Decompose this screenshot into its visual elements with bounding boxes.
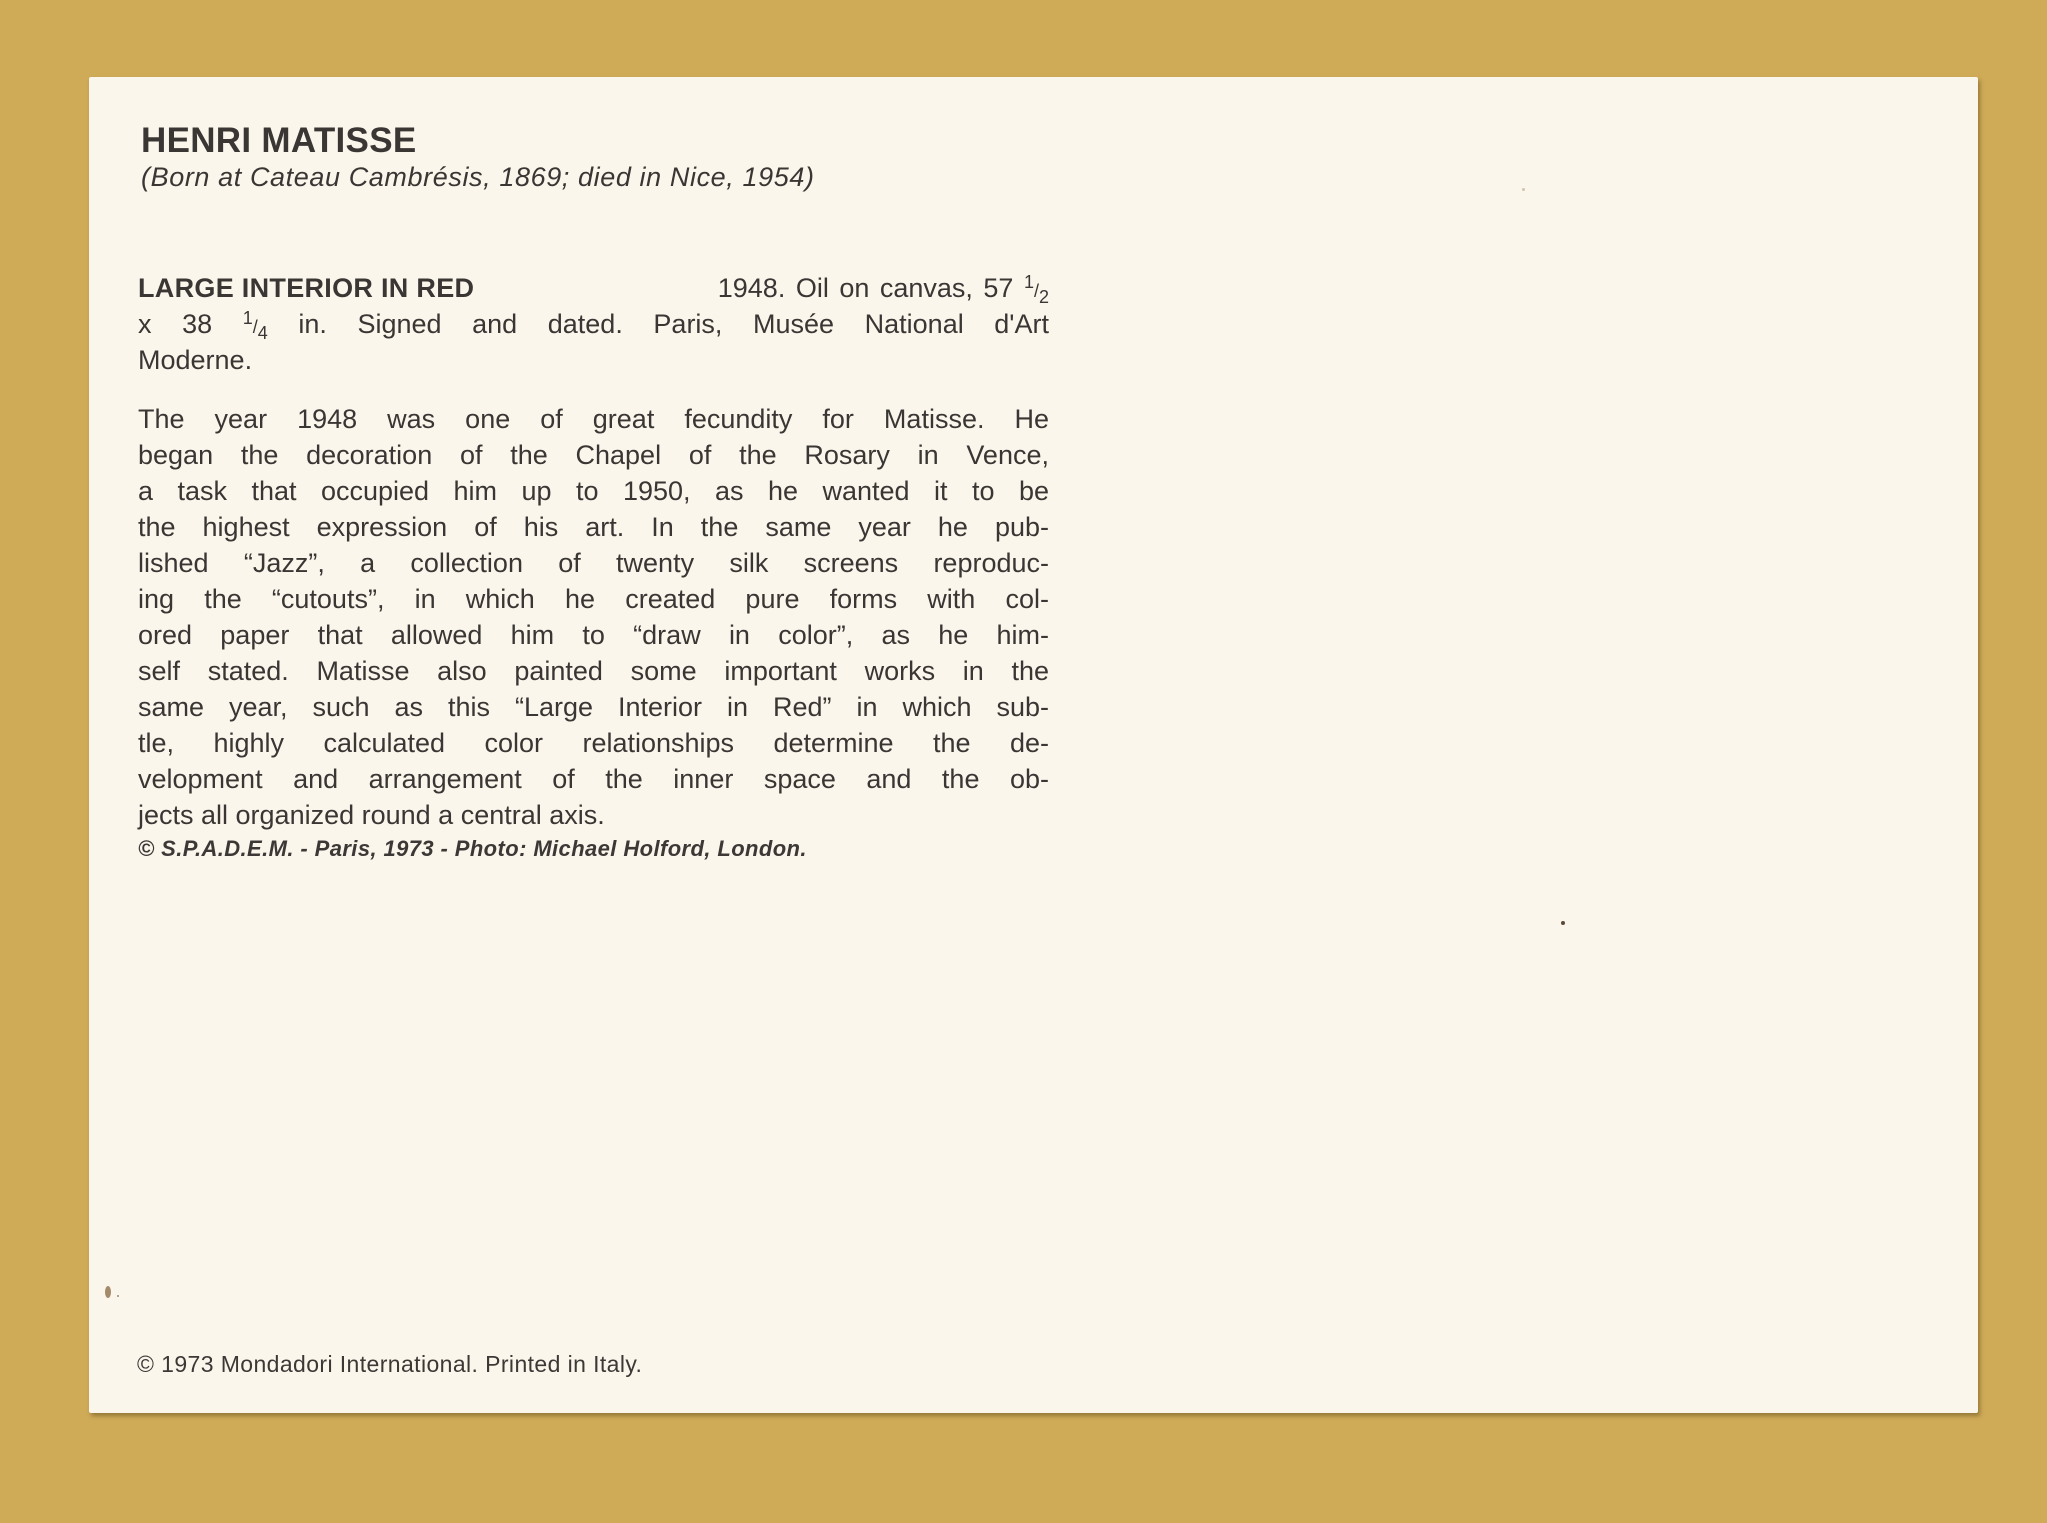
description-line: a task that occupied him up to 1950, as … [138, 473, 1049, 509]
fraction-denominator: 2 [1039, 287, 1049, 307]
postcard-back: HENRI MATISSE (Born at Cateau Cambrésis,… [89, 77, 1978, 1413]
artwork-details-line2: x 38 1/4 in. Signed and dated. Paris, Mu… [138, 306, 1049, 342]
fraction-numerator: 1 [243, 308, 253, 328]
artwork-details-line3: Moderne. [138, 342, 1049, 378]
artist-bio: (Born at Cateau Cambrésis, 1869; died in… [141, 160, 815, 194]
artist-name: HENRI MATISSE [141, 121, 417, 161]
stain-dot [1522, 188, 1525, 191]
artwork-details: LARGE INTERIOR IN RED 1948. Oil on canva… [138, 270, 1049, 378]
artwork-details-line1: 1948. Oil on canvas, 57 1/2 [718, 270, 1049, 306]
fraction-half: 1/2 [1024, 281, 1049, 301]
details-text: in. Signed and dated. Paris, Musée Natio… [298, 309, 1049, 339]
description-line: lished “Jazz”, a collection of twenty si… [138, 545, 1049, 581]
description-line: self stated. Matisse also painted some i… [138, 653, 1049, 689]
stain-mark [105, 1286, 111, 1298]
copyright-footer: © 1973 Mondadori International. Printed … [137, 1349, 642, 1379]
artwork-title: LARGE INTERIOR IN RED [138, 270, 474, 306]
fraction-numerator: 1 [1024, 272, 1034, 292]
description-line: began the decoration of the Chapel of th… [138, 437, 1049, 473]
description-line: tle, highly calculated color relationshi… [138, 725, 1049, 761]
description-line: the highest expression of his art. In th… [138, 509, 1049, 545]
photo-credit: © S.P.A.D.E.M. - Paris, 1973 - Photo: Mi… [138, 834, 807, 864]
description-line: same year, such as this “Large Interior … [138, 689, 1049, 725]
description-line: The year 1948 was one of great fecundity… [138, 401, 1049, 437]
details-text: x 38 [138, 309, 212, 339]
stain-dot [1561, 921, 1565, 925]
description: The year 1948 was one of great fecundity… [138, 401, 1049, 833]
description-line: velopment and arrangement of the inner s… [138, 761, 1049, 797]
description-line: ored paper that allowed him to “draw in … [138, 617, 1049, 653]
details-text: 1948. Oil on canvas, 57 [718, 273, 1014, 303]
description-line: jects all organized round a central axis… [138, 797, 1049, 833]
description-line: ing the “cutouts”, in which he created p… [138, 581, 1049, 617]
fraction-denominator: 4 [258, 323, 268, 343]
fraction-quarter: 1/4 [243, 317, 268, 337]
stain-dot [117, 1295, 119, 1297]
